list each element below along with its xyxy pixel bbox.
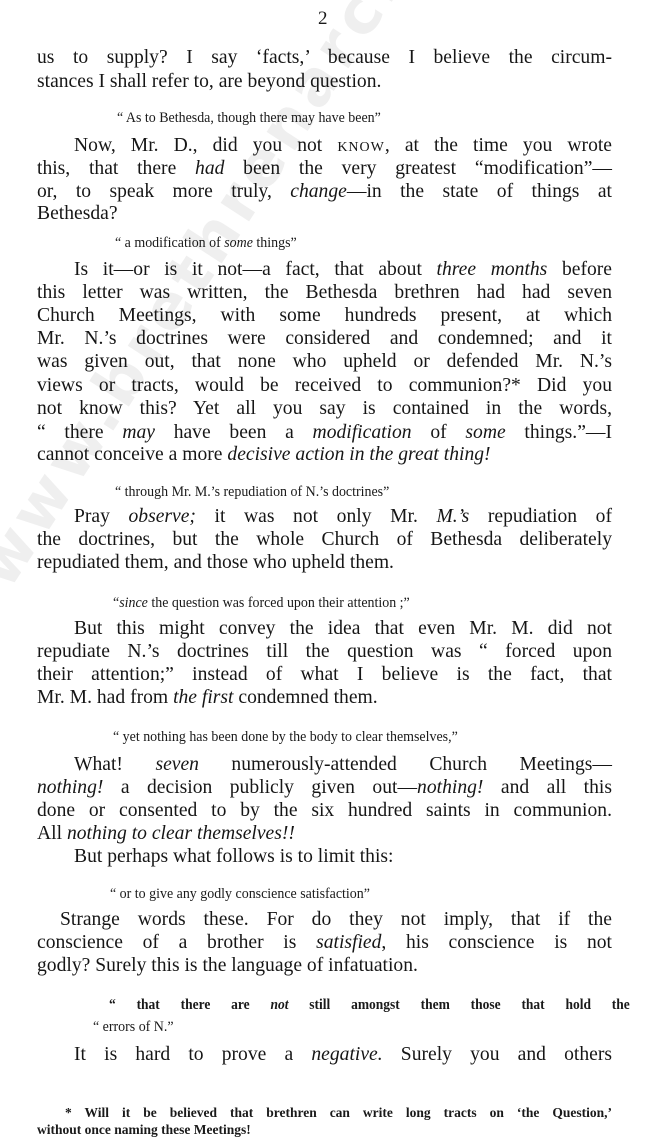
text-line: conscience of a brother is satisfied, hi… [37, 932, 612, 954]
text-line: Is it—or is it not—a fact, that about th… [74, 259, 612, 281]
text-line: us to supply? I say ‘facts,’ because I b… [37, 47, 612, 69]
text-line: this, that there had been the very great… [37, 158, 612, 180]
quoted-excerpt: “since the question was forced upon thei… [113, 594, 410, 612]
quoted-excerpt: “ a modification of some things” [115, 234, 297, 252]
text-line: not know this? Yet all you say is contai… [37, 398, 612, 420]
text-line: But perhaps what follows is to limit thi… [74, 846, 612, 868]
text-line: What! seven numerously-attended Church M… [74, 754, 612, 776]
text-line: was given out, that none who upheld or d… [37, 351, 612, 373]
text-line: the doctrines, but the whole Church of B… [37, 529, 612, 551]
text-line: done or consented to by the six hundred … [37, 800, 612, 822]
text-line: Bethesda? [37, 203, 612, 225]
text-line: this letter was written, the Bethesda br… [37, 282, 612, 304]
quoted-excerpt: “ or to give any godly conscience satisf… [110, 885, 370, 903]
page-number: 2 [318, 8, 328, 30]
text-line: Now, Mr. D., did you not know, at the ti… [74, 135, 612, 157]
text-line: Strange words these. For do they not imp… [60, 909, 612, 931]
text-line: cannot conceive a more decisive action i… [37, 444, 612, 466]
quoted-excerpt: “ that there are not still amongst them … [109, 996, 630, 1014]
footnote: without once naming these Meetings! [37, 1122, 251, 1138]
document-page: www.brethrenarchive.org 2 us to supply? … [0, 0, 650, 1145]
text-line: their attention;” instead of what I beli… [37, 664, 612, 686]
text-line: nothing! a decision publicly given out—n… [37, 777, 612, 799]
text-line: or, to speak more truly, change—in the s… [37, 181, 612, 203]
text-line: All nothing to clear themselves!! [37, 823, 612, 845]
text-line: repudiated them, and those who upheld th… [37, 552, 612, 574]
text-line: Church Meetings, with some hundreds pres… [37, 305, 612, 327]
quoted-excerpt: “ As to Bethesda, though there may have … [117, 109, 381, 127]
quoted-excerpt: “ through Mr. M.’s repudiation of N.’s d… [115, 483, 389, 501]
quoted-excerpt: “ errors of N.” [93, 1018, 174, 1036]
quoted-excerpt: “ yet nothing has been done by the body … [113, 728, 458, 746]
footnote: * Will it be believed that brethren can … [65, 1105, 612, 1121]
text-line: godly? Surely this is the language of in… [37, 955, 612, 977]
text-line: repudiate N.’s doctrines till the questi… [37, 641, 612, 663]
text-line: It is hard to prove a negative. Surely y… [74, 1044, 612, 1066]
text-line: Mr. N.’s doctrines were considered and c… [37, 328, 612, 350]
text-line: Mr. M. had from the first condemned them… [37, 687, 612, 709]
text-line: views or tracts, would be received to co… [37, 375, 612, 397]
text-line: stances I shall refer to, are beyond que… [37, 71, 612, 93]
text-line: Pray observe; it was not only Mr. M.’s r… [74, 506, 612, 528]
text-line: “ there may have been a modification of … [37, 422, 612, 444]
text-line: But this might convey the idea that even… [74, 618, 612, 640]
